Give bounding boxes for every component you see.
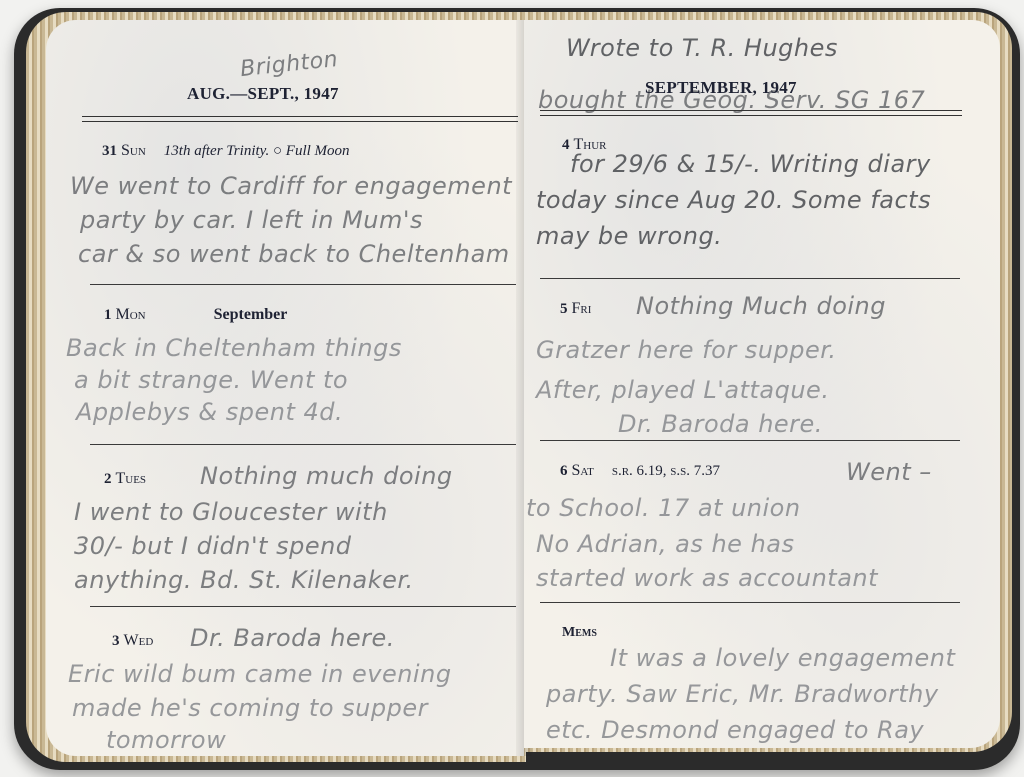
left-page-header: AUG.—SEPT., 1947 [187, 84, 339, 104]
top-annotation: Wrote to T. R. Hughes [566, 34, 838, 62]
entry-divider [90, 606, 516, 607]
mems-label: Mems [562, 624, 597, 641]
entry-line: Nothing much doing [200, 462, 453, 490]
entry-line: Back in Cheltenham things [66, 334, 402, 362]
entry-line: a bit strange. Went to [74, 366, 348, 394]
entry-line: today since Aug 20. Some facts [536, 186, 931, 214]
entry-line: After, played L'attaque. [536, 376, 829, 404]
day-heading-5: 5Fri [560, 300, 591, 318]
entry-line: tomorrow [106, 726, 226, 754]
day-name: Tues [116, 470, 147, 487]
day-heading-3: 3Wed [112, 632, 153, 650]
day-number: 4 [562, 137, 570, 153]
day-name: Fri [572, 300, 592, 317]
entry-line: anything. Bd. St. Kilenaker. [74, 566, 414, 594]
entry-divider [540, 278, 960, 279]
header-rule [540, 110, 962, 116]
entry-line: to School. 17 at union [526, 494, 801, 522]
entry-line: may be wrong. [536, 222, 722, 250]
entry-divider [540, 602, 960, 603]
day-name: Wed [124, 632, 154, 649]
entry-line: I went to Gloucester with [74, 498, 388, 526]
mems-line: It was a lovely engagement [610, 644, 955, 672]
entry-divider [90, 444, 516, 445]
day-number: 5 [560, 301, 568, 317]
day-heading-1: 1MonSeptember [104, 306, 287, 324]
entry-line: No Adrian, as he has [536, 530, 795, 558]
entry-line: Dr. Baroda here. [190, 624, 395, 652]
entry-line: started work as accountant [536, 564, 878, 592]
entry-line: Eric wild bum came in evening [68, 660, 452, 688]
day-number: 2 [104, 471, 112, 487]
entry-line: made he's coming to supper [72, 694, 428, 722]
right-page-header: SEPTEMBER, 1947 [645, 78, 797, 98]
day-number: 1 [104, 307, 112, 323]
entry-line: 30/- but I didn't spend [74, 532, 352, 560]
entry-divider [90, 284, 516, 285]
entry-line: Gratzer here for supper. [536, 336, 837, 364]
printed-note: 13th after Trinity. ○ Full Moon [164, 143, 350, 159]
printed-note: s.r. 6.19, s.s. 7.37 [612, 463, 720, 479]
entry-divider [540, 440, 960, 441]
mems-label-text: Mems [562, 625, 597, 640]
mems-line: etc. Desmond engaged to Ray [546, 716, 924, 744]
header-rule [82, 116, 518, 122]
day-name: Mon [116, 306, 146, 323]
day-name: Sun [121, 142, 146, 159]
day-number: 6 [560, 463, 568, 479]
entry-line: party by car. I left in Mum's [80, 206, 423, 234]
day-heading-2: 2Tues [104, 470, 146, 488]
day-heading-31: 31Sun13th after Trinity. ○ Full Moon [102, 142, 350, 160]
day-number: 31 [102, 143, 117, 159]
entry-line: Nothing Much doing [636, 292, 886, 320]
day-heading-6: 6Sats.r. 6.19, s.s. 7.37 [560, 462, 720, 480]
day-name: Sat [572, 462, 594, 479]
entry-line: car & so went back to Cheltenham [78, 240, 510, 268]
entry-line: We went to Cardiff for engagement [70, 172, 512, 200]
entry-line: for 29/6 & 15/-. Writing diary [570, 150, 931, 178]
entry-line: Applebys & spent 4d. [76, 398, 343, 426]
entry-line: Dr. Baroda here. [618, 410, 823, 438]
day-number: 3 [112, 633, 120, 649]
printed-note: September [214, 306, 288, 323]
entry-line: Went – [846, 458, 932, 486]
mems-line: party. Saw Eric, Mr. Bradworthy [546, 680, 939, 708]
